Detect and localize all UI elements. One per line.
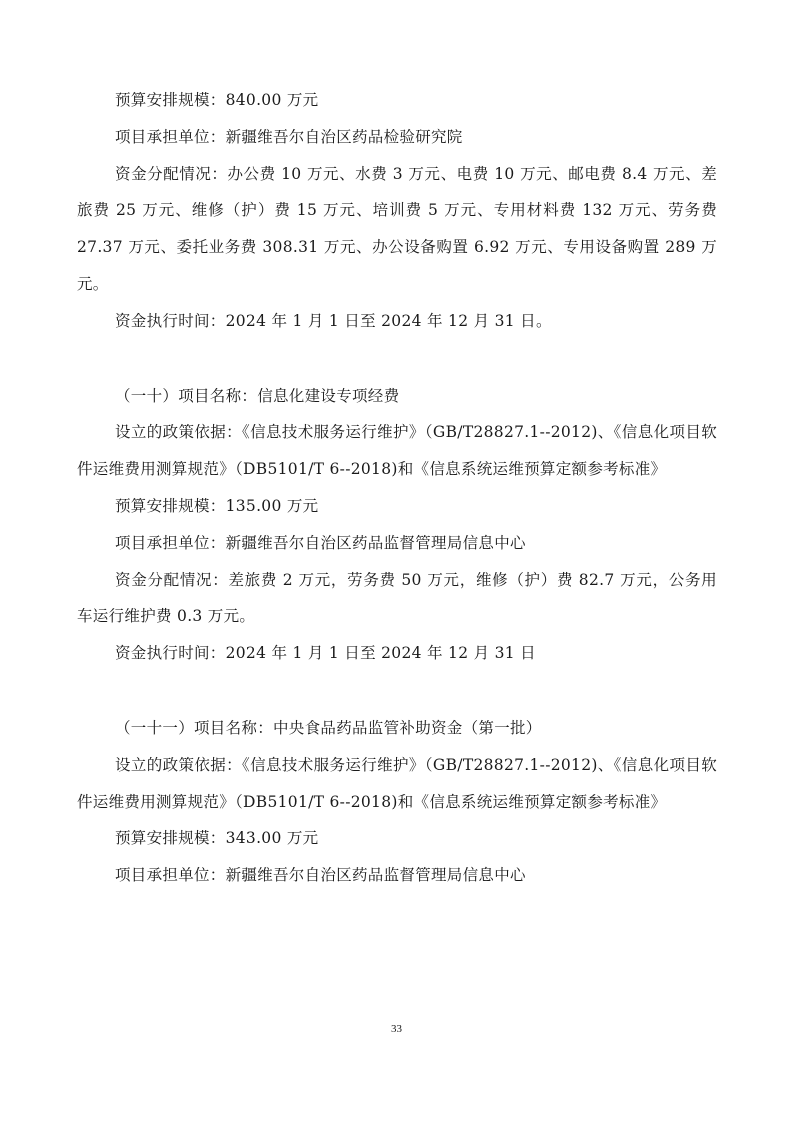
section-gap: [77, 340, 717, 378]
section-heading-10: （一十）项目名称：信息化建设专项经费: [77, 378, 717, 415]
undertaking-unit: 项目承担单位：新疆维吾尔自治区药品监督管理局信息中心: [77, 857, 717, 894]
policy-basis: 设立的政策依据：《信息技术服务运行维护》（GB/T28827.1--2012)、…: [77, 747, 717, 821]
document-page: 预算安排规模：840.00 万元 项目承担单位：新疆维吾尔自治区药品检验研究院 …: [0, 0, 793, 1122]
page-number: 33: [0, 1023, 793, 1035]
execution-time: 资金执行时间：2024 年 1 月 1 日至 2024 年 12 月 31 日: [77, 635, 717, 672]
budget-scale: 预算安排规模：135.00 万元: [77, 488, 717, 525]
undertaking-unit: 项目承担单位：新疆维吾尔自治区药品检验研究院: [77, 119, 717, 156]
undertaking-unit: 项目承担单位：新疆维吾尔自治区药品监督管理局信息中心: [77, 525, 717, 562]
section-gap: [77, 672, 717, 710]
execution-time: 资金执行时间：2024 年 1 月 1 日至 2024 年 12 月 31 日。: [77, 303, 717, 340]
budget-scale: 预算安排规模：343.00 万元: [77, 820, 717, 857]
policy-basis: 设立的政策依据：《信息技术服务运行维护》（GB/T28827.1--2012)、…: [77, 414, 717, 488]
fund-allocation: 资金分配情况：差旅费 2 万元，劳务费 50 万元，维修（护）费 82.7 万元…: [77, 562, 717, 636]
budget-scale: 预算安排规模：840.00 万元: [77, 82, 717, 119]
fund-allocation: 资金分配情况：办公费 10 万元、水费 3 万元、电费 10 万元、邮电费 8.…: [77, 156, 717, 303]
section-heading-11: （一十一）项目名称：中央食品药品监管补助资金（第一批）: [77, 710, 717, 747]
document-body: 预算安排规模：840.00 万元 项目承担单位：新疆维吾尔自治区药品检验研究院 …: [77, 82, 717, 894]
